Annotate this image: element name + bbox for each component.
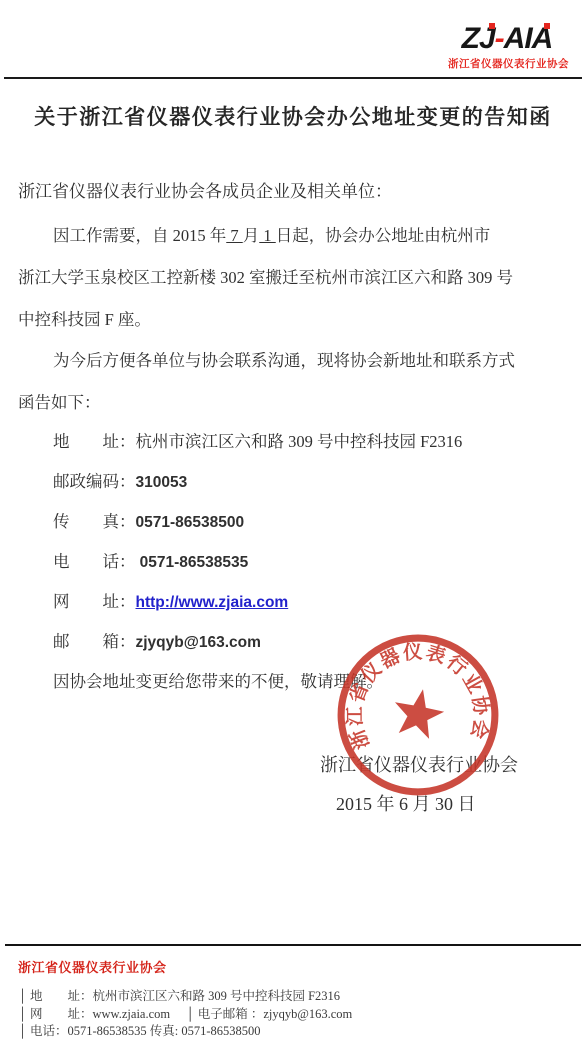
para1-month-underlined: 7 bbox=[226, 226, 243, 245]
para1-text: 因工作需要，自 2015 年 bbox=[53, 226, 226, 245]
logo-accent-dot-icon bbox=[544, 23, 550, 29]
fax-label: 传 真： bbox=[53, 512, 136, 531]
footer-phone-fax-line: │ 电话：0571-86538535 传真: 0571-86538500 bbox=[18, 1021, 261, 1039]
logo-subtitle: 浙江省仪器仪表行业协会 bbox=[448, 56, 566, 71]
contact-row-email: 邮 箱：zjyqyb@163.com bbox=[53, 628, 261, 652]
contact-row-postal: 邮政编码：310053 bbox=[53, 468, 187, 492]
paragraph2-line2: 函告如下： bbox=[18, 391, 101, 415]
official-seal-stamp: 浙江省仪器仪表行业协会 bbox=[326, 623, 510, 807]
para1-day-underlined: 1 bbox=[259, 226, 276, 245]
phone-value: 0571-86538535 bbox=[140, 554, 249, 571]
logo-accent-dot-icon bbox=[489, 23, 495, 29]
footer-web-email-line: │ 网 址：www.zjaia.com │ 电子邮箱 ：zjyqyb@163.c… bbox=[18, 1004, 352, 1022]
paragraph2-line1: 为今后方便各单位与协会联系沟通，现将协会新地址和联系方式 bbox=[53, 349, 515, 373]
postal-value: 310053 bbox=[136, 474, 188, 491]
phone-label: 电 话： bbox=[53, 552, 136, 571]
document-title: 关于浙江省仪器仪表行业协会办公地址变更的告知函 bbox=[0, 101, 586, 131]
association-logo: ZJ-AIA 浙江省仪器仪表行业协会 bbox=[448, 24, 566, 71]
logo-dash: - bbox=[495, 22, 504, 55]
website-label: 网 址： bbox=[53, 592, 136, 611]
website-link[interactable]: http://www.zjaia.com bbox=[136, 594, 289, 611]
salutation: 浙江省仪器仪表行业协会各成员企业及相关单位： bbox=[18, 180, 392, 204]
contact-row-website: 网 址：http://www.zjaia.com bbox=[53, 588, 288, 612]
fax-value: 0571-86538500 bbox=[136, 514, 245, 531]
seal-text: 浙江省仪器仪表行业协会 bbox=[339, 635, 496, 753]
address-label: 地 址： bbox=[53, 432, 136, 451]
footer-organization: 浙江省仪器仪表行业协会 bbox=[18, 957, 167, 976]
svg-text:浙江省仪器仪表行业协会: 浙江省仪器仪表行业协会 bbox=[339, 635, 496, 753]
paragraph1-line1: 因工作需要，自 2015 年 7 月 1 日起，协会办公地址由杭州市 bbox=[53, 224, 490, 248]
para1-text: 日起，协会办公地址由杭州市 bbox=[276, 226, 491, 245]
header-divider bbox=[4, 77, 582, 79]
email-value: zjyqyb@163.com bbox=[136, 634, 261, 651]
footer-address-line: │ 地 址：杭州市滨江区六和路 309 号中控科技园 F2316 bbox=[18, 986, 340, 1004]
paragraph1-line3: 中控科技园 F 座。 bbox=[18, 308, 151, 332]
contact-row-fax: 传 真：0571-86538500 bbox=[53, 508, 244, 532]
paragraph1-line2: 浙江大学玉泉校区工控新楼 302 室搬迁至杭州市滨江区六和路 309 号 bbox=[18, 266, 513, 290]
signature-date: 2015 年 6 月 30 日 bbox=[336, 790, 476, 816]
notice-document: ZJ-AIA 浙江省仪器仪表行业协会 关于浙江省仪器仪表行业协会办公地址变更的告… bbox=[0, 0, 586, 1046]
star-icon bbox=[394, 688, 446, 741]
address-value: 杭州市滨江区六和路 309 号中控科技园 F2316 bbox=[136, 432, 463, 451]
signature-organization: 浙江省仪器仪表行业协会 bbox=[320, 751, 518, 777]
logo-wordmark: ZJ-AIA bbox=[462, 24, 553, 54]
footer-divider bbox=[5, 944, 581, 946]
postal-label: 邮政编码： bbox=[53, 472, 136, 491]
para1-text: 月 bbox=[243, 226, 260, 245]
contact-row-address: 地 址：杭州市滨江区六和路 309 号中控科技园 F2316 bbox=[53, 428, 462, 452]
email-label: 邮 箱： bbox=[53, 632, 136, 651]
closing-sentence: 因协会地址变更给您带来的不便，敬请理解。 bbox=[53, 668, 383, 692]
contact-row-phone: 电 话： 0571-86538535 bbox=[53, 548, 248, 572]
